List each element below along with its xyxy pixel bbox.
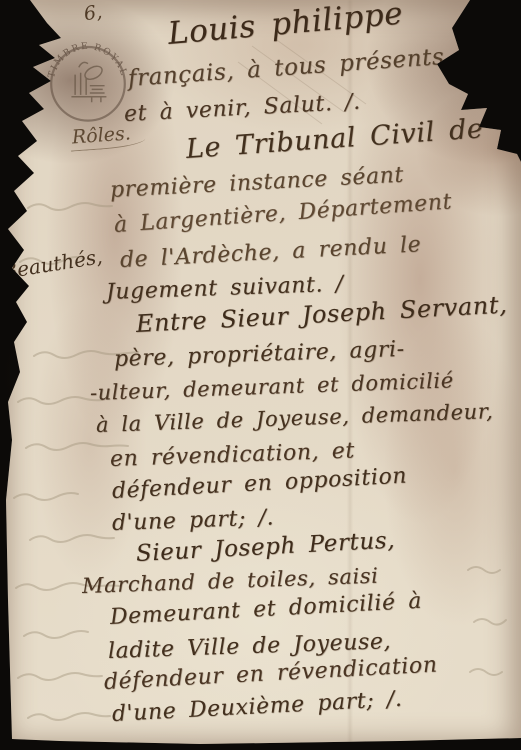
margin-note-beauthes: Beauthés,	[1, 244, 104, 283]
manuscript-line: père, propriétaire, agri-	[114, 337, 406, 372]
manuscript-line: Louis philippe	[166, 0, 404, 52]
manuscript-line: d'une Deuxième part; /.	[111, 687, 403, 727]
paper-crease	[348, 0, 352, 750]
royal-stamp: TIMBRE ROYAL	[42, 36, 134, 128]
stamp-word-timbre: TIMBRE	[46, 41, 90, 79]
stamp-emblem-icon	[71, 62, 106, 102]
manuscript-paper: TIMBRE ROYAL 6, Rôles. Beauthés, Louis p…	[0, 0, 521, 750]
manuscript-line: et à venir, Salut. /.	[123, 90, 361, 127]
manuscript-line: en révendication, et	[110, 438, 356, 472]
svg-text:TIMBRE: TIMBRE	[46, 41, 90, 79]
manuscript-line: -ulteur, demeurant et domicilié	[90, 368, 455, 405]
svg-text:ROYAL: ROYAL	[93, 42, 130, 78]
manuscript-line: d'une part; /.	[112, 505, 275, 536]
manuscript-line: de l'Ardèche, a rendu le	[119, 232, 422, 273]
manuscript-line: à la Ville de Joyeuse, demandeur,	[96, 399, 494, 437]
header-number: 6,	[83, 1, 104, 25]
stamp-word-royal: ROYAL	[93, 42, 130, 78]
manuscript-scan: TIMBRE ROYAL 6, Rôles. Beauthés, Louis p…	[0, 0, 521, 750]
